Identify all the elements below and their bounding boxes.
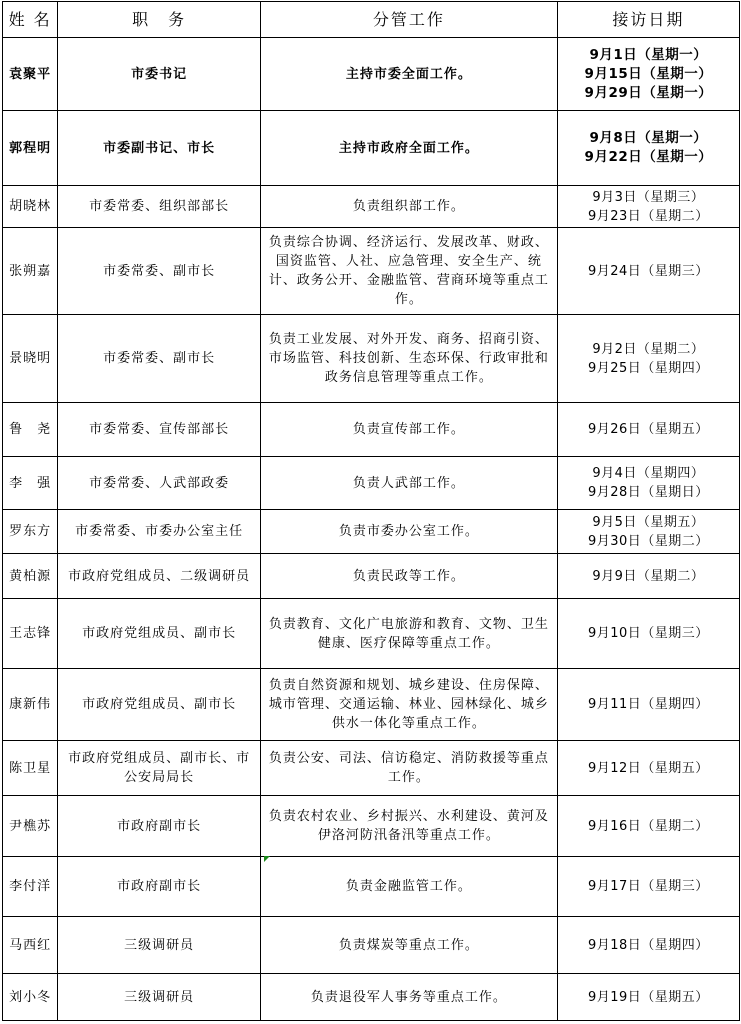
reception-dates: 9月12日（星期五） <box>557 741 739 796</box>
reception-dates: 9月8日（星期一）9月22日（星期一） <box>557 111 739 186</box>
official-name: 刘小冬 <box>3 974 58 1021</box>
official-duty: 负责自然资源和规划、城乡建设、住房保障、城市管理、交通运输、林业、园林绿化、城乡… <box>260 669 557 741</box>
official-duty: 负责市委办公室工作。 <box>260 510 557 554</box>
official-name: 景晓明 <box>3 315 58 403</box>
official-position: 市政府党组成员、二级调研员 <box>58 554 261 599</box>
header-name: 姓 名 <box>3 2 58 38</box>
reception-dates: 9月26日（星期五） <box>557 403 739 457</box>
reception-date: 9月23日（星期二） <box>561 207 736 226</box>
reception-date: 9月5日（星期五） <box>561 513 736 532</box>
reception-dates: 9月18日（星期四） <box>557 917 739 974</box>
reception-dates: 9月1日（星期一）9月15日（星期一）9月29日（星期一） <box>557 38 739 111</box>
reception-dates: 9月24日（星期三） <box>557 228 739 315</box>
reception-dates: 9月2日（星期二）9月25日（星期四） <box>557 315 739 403</box>
official-name: 陈卫星 <box>3 741 58 796</box>
official-duty: 负责煤炭等重点工作。 <box>260 917 557 974</box>
reception-date: 9月19日（星期五） <box>561 988 736 1007</box>
reception-date: 9月30日（星期二） <box>561 532 736 551</box>
reception-date: 9月8日（星期一） <box>561 129 736 148</box>
table-row: 郭程明 市委副书记、市长 主持市政府全面工作。 9月8日（星期一）9月22日（星… <box>3 111 740 186</box>
reception-date: 9月12日（星期五） <box>561 759 736 778</box>
table-row: 景晓明 市委常委、副市长 负责工业发展、对外开发、商务、招商引资、市场监管、科技… <box>3 315 740 403</box>
header-duty: 分管工作 <box>260 2 557 38</box>
reception-date: 9月16日（星期二） <box>561 817 736 836</box>
official-name: 尹樵苏 <box>3 796 58 857</box>
table-row: 王志锋 市政府党组成员、副市长 负责教育、文化广电旅游和教育、文物、卫生健康、医… <box>3 599 740 669</box>
cell-comment-marker[interactable] <box>264 856 270 862</box>
reception-date: 9月10日（星期三） <box>561 624 736 643</box>
official-name: 马西红 <box>3 917 58 974</box>
official-duty: 负责教育、文化广电旅游和教育、文物、卫生健康、医疗保障等重点工作。 <box>260 599 557 669</box>
reception-date: 9月15日（星期一） <box>561 65 736 84</box>
header-position: 职 务 <box>58 2 261 38</box>
reception-dates: 9月4日（星期四）9月28日（星期日） <box>557 457 739 510</box>
reception-dates: 9月16日（星期二） <box>557 796 739 857</box>
official-name: 王志锋 <box>3 599 58 669</box>
official-position: 市委常委、组织部部长 <box>58 186 261 228</box>
table-row: 罗东方 市委常委、市委办公室主任 负责市委办公室工作。 9月5日（星期五）9月3… <box>3 510 740 554</box>
official-duty: 负责组织部工作。 <box>260 186 557 228</box>
header-row: 姓 名 职 务 分管工作 接访日期 <box>3 2 740 38</box>
reception-dates: 9月9日（星期二） <box>557 554 739 599</box>
official-duty: 负责金融监管工作。 <box>260 857 557 917</box>
official-position: 市政府副市长 <box>58 857 261 917</box>
reception-date: 9月9日（星期二） <box>561 567 736 586</box>
reception-dates: 9月10日（星期三） <box>557 599 739 669</box>
official-name: 郭程明 <box>3 111 58 186</box>
official-name: 黄柏源 <box>3 554 58 599</box>
reception-date: 9月29日（星期一） <box>561 84 736 103</box>
reception-date: 9月24日（星期三） <box>561 262 736 281</box>
table-row: 鲁 尧 市委常委、宣传部部长 负责宣传部工作。 9月26日（星期五） <box>3 403 740 457</box>
table-row: 李付洋 市政府副市长 负责金融监管工作。 9月17日（星期三） <box>3 857 740 917</box>
official-name: 张朔嘉 <box>3 228 58 315</box>
official-position: 市委常委、副市长 <box>58 315 261 403</box>
table-row: 康新伟 市政府党组成员、副市长 负责自然资源和规划、城乡建设、住房保障、城市管理… <box>3 669 740 741</box>
official-duty: 负责综合协调、经济运行、发展改革、财政、国资监管、人社、应急管理、安全生产、统计… <box>260 228 557 315</box>
official-duty: 主持市委全面工作。 <box>260 38 557 111</box>
table-row: 袁聚平 市委书记 主持市委全面工作。 9月1日（星期一）9月15日（星期一）9月… <box>3 38 740 111</box>
reception-date: 9月2日（星期二） <box>561 340 736 359</box>
official-position: 市委副书记、市长 <box>58 111 261 186</box>
official-duty: 负责宣传部工作。 <box>260 403 557 457</box>
reception-dates: 9月3日（星期三）9月23日（星期二） <box>557 186 739 228</box>
reception-date: 9月1日（星期一） <box>561 46 736 65</box>
reception-date: 9月22日（星期一） <box>561 148 736 167</box>
table-row: 陈卫星 市政府党组成员、副市长、市公安局局长 负责公安、司法、信访稳定、消防救援… <box>3 741 740 796</box>
reception-date: 9月17日（星期三） <box>561 877 736 896</box>
reception-date: 9月26日（星期五） <box>561 420 736 439</box>
reception-date: 9月18日（星期四） <box>561 936 736 955</box>
official-position: 市委书记 <box>58 38 261 111</box>
official-name: 罗东方 <box>3 510 58 554</box>
reception-dates: 9月19日（星期五） <box>557 974 739 1021</box>
table-row: 李 强 市委常委、人武部政委 负责人武部工作。 9月4日（星期四）9月28日（星… <box>3 457 740 510</box>
table-row: 胡晓林 市委常委、组织部部长 负责组织部工作。 9月3日（星期三）9月23日（星… <box>3 186 740 228</box>
table-row: 刘小冬 三级调研员 负责退役军人事务等重点工作。 9月19日（星期五） <box>3 974 740 1021</box>
official-duty: 负责农村农业、乡村振兴、水利建设、黄河及伊洛河防汛备汛等重点工作。 <box>260 796 557 857</box>
official-position: 市委常委、人武部政委 <box>58 457 261 510</box>
official-position: 市政府党组成员、副市长、市公安局局长 <box>58 741 261 796</box>
official-position: 市政府党组成员、副市长 <box>58 599 261 669</box>
official-position: 市政府副市长 <box>58 796 261 857</box>
official-position: 三级调研员 <box>58 974 261 1021</box>
official-duty: 负责民政等工作。 <box>260 554 557 599</box>
reception-date: 9月3日（星期三） <box>561 188 736 207</box>
reception-schedule-table: 姓 名 职 务 分管工作 接访日期 袁聚平 市委书记 主持市委全面工作。 9月1… <box>2 1 740 1021</box>
table-row: 张朔嘉 市委常委、副市长 负责综合协调、经济运行、发展改革、财政、国资监管、人社… <box>3 228 740 315</box>
official-position: 市委常委、市委办公室主任 <box>58 510 261 554</box>
official-duty: 负责工业发展、对外开发、商务、招商引资、市场监管、科技创新、生态环保、行政审批和… <box>260 315 557 403</box>
official-duty: 负责公安、司法、信访稳定、消防救援等重点工作。 <box>260 741 557 796</box>
reception-date: 9月28日（星期日） <box>561 483 736 502</box>
official-name: 康新伟 <box>3 669 58 741</box>
reception-date: 9月25日（星期四） <box>561 359 736 378</box>
official-name: 鲁 尧 <box>3 403 58 457</box>
reception-dates: 9月11日（星期四） <box>557 669 739 741</box>
reception-date: 9月4日（星期四） <box>561 464 736 483</box>
reception-dates: 9月5日（星期五）9月30日（星期二） <box>557 510 739 554</box>
official-name: 胡晓林 <box>3 186 58 228</box>
official-duty: 负责退役军人事务等重点工作。 <box>260 974 557 1021</box>
official-duty: 主持市政府全面工作。 <box>260 111 557 186</box>
table-row: 黄柏源 市政府党组成员、二级调研员 负责民政等工作。 9月9日（星期二） <box>3 554 740 599</box>
official-name: 李付洋 <box>3 857 58 917</box>
official-duty: 负责人武部工作。 <box>260 457 557 510</box>
official-position: 市委常委、宣传部部长 <box>58 403 261 457</box>
official-position: 市委常委、副市长 <box>58 228 261 315</box>
table-row: 马西红 三级调研员 负责煤炭等重点工作。 9月18日（星期四） <box>3 917 740 974</box>
header-dates: 接访日期 <box>557 2 739 38</box>
reception-dates: 9月17日（星期三） <box>557 857 739 917</box>
official-name: 李 强 <box>3 457 58 510</box>
official-position: 市政府党组成员、副市长 <box>58 669 261 741</box>
reception-date: 9月11日（星期四） <box>561 695 736 714</box>
official-position: 三级调研员 <box>58 917 261 974</box>
table-row: 尹樵苏 市政府副市长 负责农村农业、乡村振兴、水利建设、黄河及伊洛河防汛备汛等重… <box>3 796 740 857</box>
official-name: 袁聚平 <box>3 38 58 111</box>
